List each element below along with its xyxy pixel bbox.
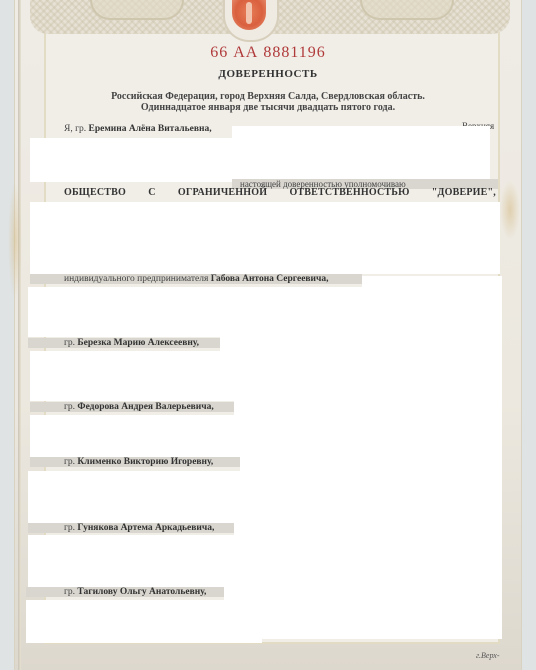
principal-name: Еремина Алёна Витальевна, (88, 124, 211, 134)
redaction-block (220, 337, 502, 351)
ornament-oval-left (90, 0, 184, 20)
emblem-detail (246, 2, 252, 24)
redaction-block (28, 287, 502, 337)
footer-fragment: г.Верх- (476, 651, 500, 660)
document-title: ДОВЕРЕННОСТЬ (0, 68, 536, 80)
redaction-block (240, 456, 502, 472)
paper-stain-right (500, 180, 520, 240)
representative-line: гр. Федорова Андрея Валерьевича, (30, 402, 234, 412)
entrepreneur-prefix: индивидуального предпринимателя (64, 274, 208, 284)
representative-prefix: гр. (64, 523, 75, 533)
org-word: С (148, 187, 155, 198)
organization-name: ОБЩЕСТВО С ОГРАНИЧЕННОЙ ОТВЕТСТВЕННОСТЬЮ… (64, 187, 496, 198)
representative-line: гр. Гунякова Артема Аркадьевича, (28, 523, 234, 533)
representative-name: Березка Марию Алексеевну, (77, 338, 199, 348)
entrepreneur-name: Габова Антона Сергеевича, (211, 274, 329, 284)
representative-prefix: гр. (64, 457, 75, 467)
org-word: ОТВЕТСТВЕННОСТЬЮ (289, 187, 409, 198)
redaction-block (26, 600, 502, 639)
representative-line: гр. Клименко Викторию Игоревну, (30, 457, 240, 467)
ornament-oval-right (360, 0, 454, 20)
redaction-block (30, 351, 502, 401)
representative-line: гр. Тагилову Ольгу Анатольевну, (26, 587, 224, 597)
document-date: Одиннадцатое января две тысячи двадцать … (0, 102, 536, 113)
representative-prefix: гр. (64, 402, 75, 412)
redaction-block (26, 636, 262, 643)
redaction-block (234, 400, 502, 416)
representative-prefix: гр. (64, 338, 75, 348)
redaction-block (28, 471, 502, 523)
entrepreneur-line: индивидуального предпринимателя Габова А… (30, 274, 362, 284)
representative-name: Федорова Андрея Валерьевича, (77, 402, 213, 412)
redaction-block (224, 585, 502, 601)
document-number: 66 АА 8881196 (0, 44, 536, 62)
representative-line: гр. Березка Марию Алексеевну, (28, 338, 220, 348)
redaction-block (28, 535, 502, 587)
redaction-block (30, 415, 502, 457)
org-word: ОГРАНИЧЕННОЙ (178, 187, 267, 198)
representative-name: Гунякова Артема Аркадьевича, (77, 523, 214, 533)
representative-prefix: гр. (64, 587, 75, 597)
paper-stain-left (8, 180, 22, 300)
principal-line: Я, гр. Еремина Алёна Витальевна, (64, 124, 212, 134)
representative-name: Клименко Викторию Игоревну, (77, 457, 213, 467)
principal-prefix: Я, гр. (64, 124, 86, 134)
document-place: Российская Федерация, город Верхняя Салд… (0, 91, 536, 102)
org-word: ОБЩЕСТВО (64, 187, 126, 198)
representative-name: Тагилову Ольгу Анатольевну, (77, 587, 206, 597)
redaction-block (30, 138, 490, 182)
org-word: "ДОВЕРИЕ", (432, 187, 496, 198)
redaction-block (30, 202, 500, 274)
